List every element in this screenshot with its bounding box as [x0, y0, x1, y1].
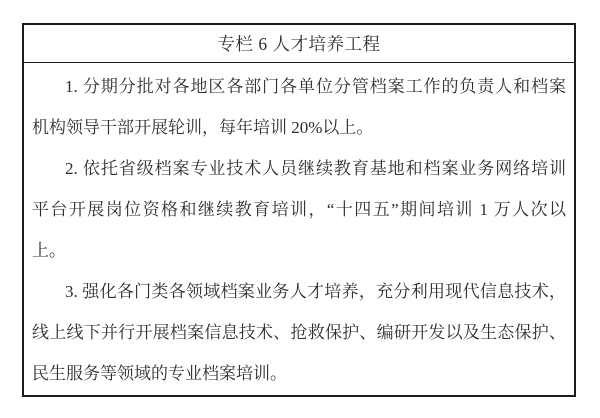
- paragraph: 1. 分期分批对各地区各部门各单位分管档案工作的负责人和档案机构领导干部开展轮训…: [32, 66, 566, 148]
- paragraph-line: 线上线下并行开展档案信息技术、抢救保护、编研开发以及生态保护、: [32, 312, 566, 353]
- paragraph-line: 3. 强化各门类各领域档案业务人才培养，充分利用现代信息技术，: [32, 271, 566, 312]
- feature-box-title-row: 专栏 6 人才培养工程: [24, 25, 574, 63]
- paragraph-line: 2. 依托省级档案专业技术人员继续教育基地和档案业务网络培训: [32, 148, 566, 189]
- paragraph-line: 机构领导干部开展轮训，每年培训 20%以上。: [32, 107, 566, 148]
- paragraph: 2. 依托省级档案专业技术人员继续教育基地和档案业务网络培训平台开展岗位资格和继…: [32, 148, 566, 271]
- paragraph-line: 上。: [32, 230, 566, 271]
- paragraph-line: 民生服务等领域的专业档案培训。: [32, 353, 566, 394]
- paragraph-line: 平台开展岗位资格和继续教育培训，“十四五”期间培训 1 万人次以: [32, 189, 566, 230]
- paragraph-line: 1. 分期分批对各地区各部门各单位分管档案工作的负责人和档案: [32, 66, 566, 107]
- paragraph: 3. 强化各门类各领域档案业务人才培养，充分利用现代信息技术，线上线下并行开展档…: [32, 271, 566, 394]
- panel-body: 1. 分期分批对各地区各部门各单位分管档案工作的负责人和档案机构领导干部开展轮训…: [24, 63, 574, 394]
- document-page: 专栏 6 人才培养工程 1. 分期分批对各地区各部门各单位分管档案工作的负责人和…: [0, 0, 600, 418]
- feature-box: 专栏 6 人才培养工程 1. 分期分批对各地区各部门各单位分管档案工作的负责人和…: [22, 23, 576, 397]
- feature-box-title: 专栏 6 人才培养工程: [218, 31, 381, 56]
